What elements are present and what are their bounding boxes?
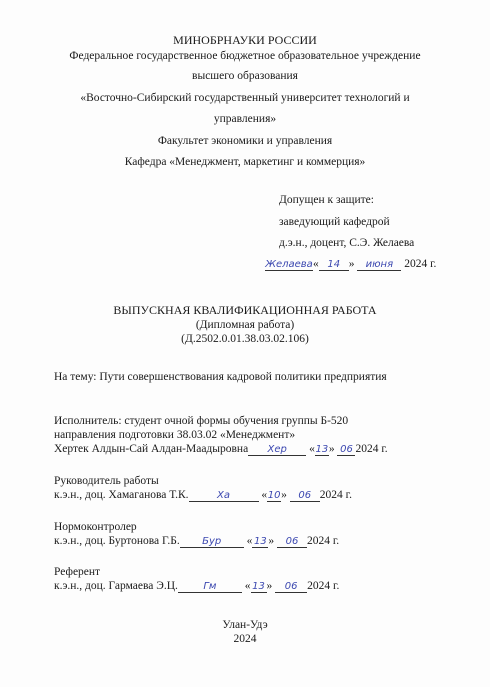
executor-signature: Хер [248, 443, 306, 456]
approval-signature: Желаева [265, 258, 313, 271]
normcontrol-day: 13 [252, 535, 268, 548]
department: Кафедра «Менеджмент, маркетинг и коммерц… [0, 156, 490, 169]
executor-name: Хертек Алдын-Сай Алдан-Маадыровна [54, 443, 248, 455]
university-line1: «Восточно-Сибирский государственный унив… [0, 92, 490, 105]
institution-line2: высшего образования [0, 70, 490, 83]
supervisor-name: к.э.н., доц. Хамаганова Т.К. [54, 489, 189, 501]
executor-line2: направления подготовки 38.03.02 «Менеджм… [54, 429, 295, 442]
referee-sign-line: к.э.н., доц. Гармаева Э.Ц.Гм «13» 062024… [54, 580, 339, 593]
quote-close: » [329, 443, 335, 455]
executor-line1: Исполнитель: студент очной формы обучени… [54, 415, 348, 428]
normcontrol-month: 06 [277, 535, 307, 548]
faculty: Факультет экономики и управления [0, 135, 490, 148]
quote-close: » [267, 580, 273, 592]
approval-admitted: Допущен к защите: [279, 194, 374, 207]
approval-date-line: Желаева«14» июня 2024 г. [265, 258, 436, 271]
referee-year: 2024 г. [307, 580, 339, 592]
executor-day: 13 [315, 443, 329, 456]
work-subtitle: (Дипломная работа) [0, 319, 490, 332]
quote-close: » [349, 258, 355, 270]
supervisor-day: 10 [267, 489, 281, 502]
university-line2: управления» [0, 113, 490, 126]
quote-close: » [281, 489, 287, 501]
normcontrol-label: Нормоконтролер [54, 521, 137, 534]
referee-day: 13 [251, 580, 267, 593]
approval-year: 2024 г. [404, 258, 436, 270]
supervisor-sign-line: к.э.н., доц. Хамаганова Т.К.Ха «10» 0620… [54, 489, 352, 502]
referee-label: Референт [54, 566, 100, 579]
executor-sign-line: Хертек Алдын-Сай Алдан-МаадыровнаХер «13… [54, 443, 388, 456]
normcontrol-sign-line: к.э.н., доц. Буртонова Г.Б.Бур «13» 0620… [54, 535, 339, 548]
supervisor-label: Руководитель работы [54, 475, 159, 488]
work-code: (Д.2502.0.01.38.03.02.106) [0, 333, 490, 346]
normcontrol-name: к.э.н., доц. Буртонова Г.Б. [54, 535, 180, 547]
approval-person: д.э.н., доцент, С.Э. Желаева [279, 237, 414, 250]
approval-role: заведующий кафедрой [279, 216, 390, 229]
referee-month: 06 [275, 580, 307, 593]
referee-name: к.э.н., доц. Гармаева Э.Ц. [54, 580, 178, 592]
approval-month: июня [357, 258, 401, 271]
title-page: МИНОБРНАУКИ РОССИИ Федеральное государст… [0, 0, 490, 687]
normcontrol-signature: Бур [180, 535, 244, 548]
ministry: МИНОБРНАУКИ РОССИИ [0, 34, 490, 47]
supervisor-signature: Ха [189, 489, 259, 502]
referee-signature: Гм [178, 580, 242, 593]
institution-line1: Федеральное государственное бюджетное об… [0, 50, 490, 63]
quote-close: » [268, 535, 274, 547]
normcontrol-year: 2024 г. [307, 535, 339, 547]
supervisor-year: 2024 г. [320, 489, 352, 501]
city: Улан-Удэ [0, 619, 490, 632]
approval-day: 14 [319, 258, 349, 271]
executor-month: 06 [337, 443, 355, 456]
executor-year: 2024 г. [355, 443, 387, 455]
supervisor-month: 06 [290, 489, 320, 502]
topic: На тему: Пути совершенствования кадровой… [54, 371, 387, 384]
year: 2024 [0, 633, 490, 646]
work-title: ВЫПУСКНАЯ КВАЛИФИКАЦИОННАЯ РАБОТА [0, 304, 490, 317]
